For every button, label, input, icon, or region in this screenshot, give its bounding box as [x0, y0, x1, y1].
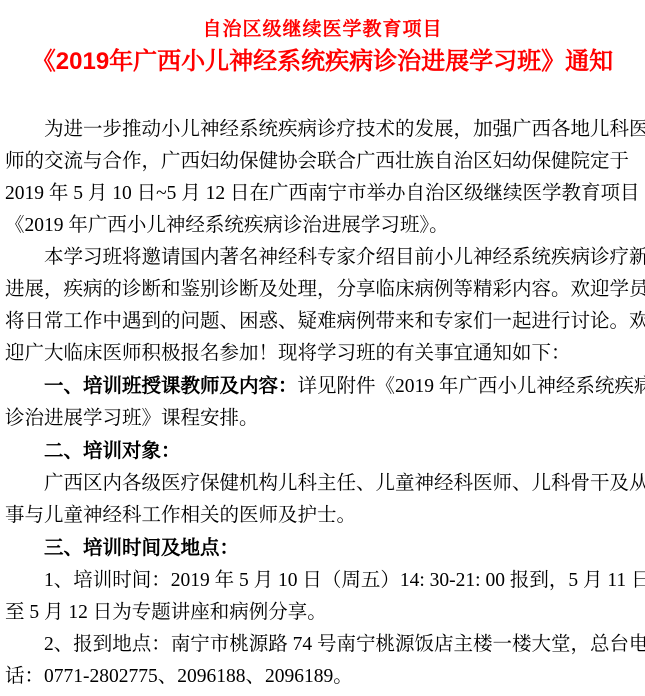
body-text: 为进一步推动小儿神经系统疾病诊疗技术的发展，加强广西各地儿科医 [44, 119, 645, 140]
section-teachers-content: 一、培训班授课教师及内容：详见附件《2019 年广西小儿神经系统疾病诊治进展学习… [5, 370, 625, 435]
section-heading-text: 一、培训班授课教师及内容： [44, 375, 298, 397]
document-header: 自治区级继续医学教育项目 《2019年广西小儿神经系统疾病诊治进展学习班》通知 [0, 0, 645, 80]
text-line: 1、培训时间：2019 年 5 月 10 日（周五）14: 30-21: 00 … [5, 565, 625, 597]
body-text: 迎广大临床医师积极报名参加！现将学习班的有关事宜通知如下： [5, 343, 571, 364]
body-text: 进展，疾病的诊断和鉴别诊断及处理，分享临床病例等精彩内容。欢迎学员 [5, 279, 645, 300]
document-body: 为进一步推动小儿神经系统疾病诊疗技术的发展，加强广西各地儿科医师的交流与合作，广… [0, 114, 645, 693]
paragraph-overview: 本学习班将邀请国内著名神经科专家介绍目前小儿神经系统疾病诊疗新进展，疾病的诊断和… [5, 242, 625, 370]
text-line: 本学习班将邀请国内著名神经科专家介绍目前小儿神经系统疾病诊疗新 [5, 242, 625, 274]
text-line: 诊治进展学习班》课程安排。 [5, 403, 625, 435]
body-text: 2019 年 5 月 10 日~5 月 12 日在广西南宁市举办自治区级继续医学… [5, 183, 640, 204]
body-text: 将日常工作中遇到的问题、困惑、疑难病例带来和专家们一起进行讨论。欢 [5, 311, 645, 332]
text-line: 广西区内各级医疗保健机构儿科主任、儿童神经科医师、儿科骨干及从 [5, 468, 625, 500]
project-category-title: 自治区级继续医学教育项目 [0, 17, 645, 43]
text-line: 2、报到地点：南宁市桃源路 74 号南宁桃源饭店主楼一楼大堂，总台电 [5, 629, 625, 661]
text-line: 二、培训对象： [5, 435, 625, 468]
body-text: 广西区内各级医疗保健机构儿科主任、儿童神经科医师、儿科骨干及从 [44, 473, 645, 494]
body-text: 师的交流与合作，广西妇幼保健协会联合广西壮族自治区妇幼保健院定于 [5, 151, 629, 172]
paragraph-intro: 为进一步推动小儿神经系统疾病诊疗技术的发展，加强广西各地儿科医师的交流与合作，广… [5, 114, 625, 242]
notice-page: 自治区级继续医学教育项目 《2019年广西小儿神经系统疾病诊治进展学习班》通知 … [0, 0, 645, 696]
body-text: 1、培训时间：2019 年 5 月 10 日（周五）14: 30-21: 00 … [44, 570, 645, 591]
text-line: 迎广大临床医师积极报名参加！现将学习班的有关事宜通知如下： [5, 338, 625, 370]
body-text: 本学习班将邀请国内著名神经科专家介绍目前小儿神经系统疾病诊疗新 [44, 247, 645, 268]
text-line: 一、培训班授课教师及内容：详见附件《2019 年广西小儿神经系统疾病 [5, 370, 625, 403]
body-text: 事与儿童神经科工作相关的医师及护士。 [5, 505, 356, 526]
body-text: 诊治进展学习班》课程安排。 [5, 408, 259, 429]
section-heading-text: 二、培训对象： [44, 440, 181, 462]
text-line: 话：0771-2802775、2096188、2096189。 [5, 661, 625, 693]
text-line: 至 5 月 12 日为专题讲座和病例分享。 [5, 597, 625, 629]
section-time-place: 三、培训时间及地点：1、培训时间：2019 年 5 月 10 日（周五）14: … [5, 532, 625, 693]
text-line: 为进一步推动小儿神经系统疾病诊疗技术的发展，加强广西各地儿科医 [5, 114, 625, 146]
text-line: 2019 年 5 月 10 日~5 月 12 日在广西南宁市举办自治区级继续医学… [5, 178, 625, 210]
document-title: 《2019年广西小儿神经系统疾病诊治进展学习班》通知 [0, 44, 645, 80]
body-text: 2、报到地点：南宁市桃源路 74 号南宁桃源饭店主楼一楼大堂，总台电 [44, 634, 645, 655]
text-line: 将日常工作中遇到的问题、困惑、疑难病例带来和专家们一起进行讨论。欢 [5, 306, 625, 338]
text-line: 事与儿童神经科工作相关的医师及护士。 [5, 500, 625, 532]
body-text: 《2019 年广西小儿神经系统疾病诊治进展学习班》。 [5, 215, 449, 236]
section-heading-text: 三、培训时间及地点： [44, 537, 239, 559]
text-line: 三、培训时间及地点： [5, 532, 625, 565]
body-text: 话：0771-2802775、2096188、2096189。 [5, 666, 353, 687]
text-line: 《2019 年广西小儿神经系统疾病诊治进展学习班》。 [5, 210, 625, 242]
body-text: 详见附件《2019 年广西小儿神经系统疾病 [298, 376, 645, 397]
text-line: 师的交流与合作，广西妇幼保健协会联合广西壮族自治区妇幼保健院定于 [5, 146, 625, 178]
section-trainees: 二、培训对象：广西区内各级医疗保健机构儿科主任、儿童神经科医师、儿科骨干及从事与… [5, 435, 625, 532]
text-line: 进展，疾病的诊断和鉴别诊断及处理，分享临床病例等精彩内容。欢迎学员 [5, 274, 625, 306]
body-text: 至 5 月 12 日为专题讲座和病例分享。 [5, 602, 327, 623]
